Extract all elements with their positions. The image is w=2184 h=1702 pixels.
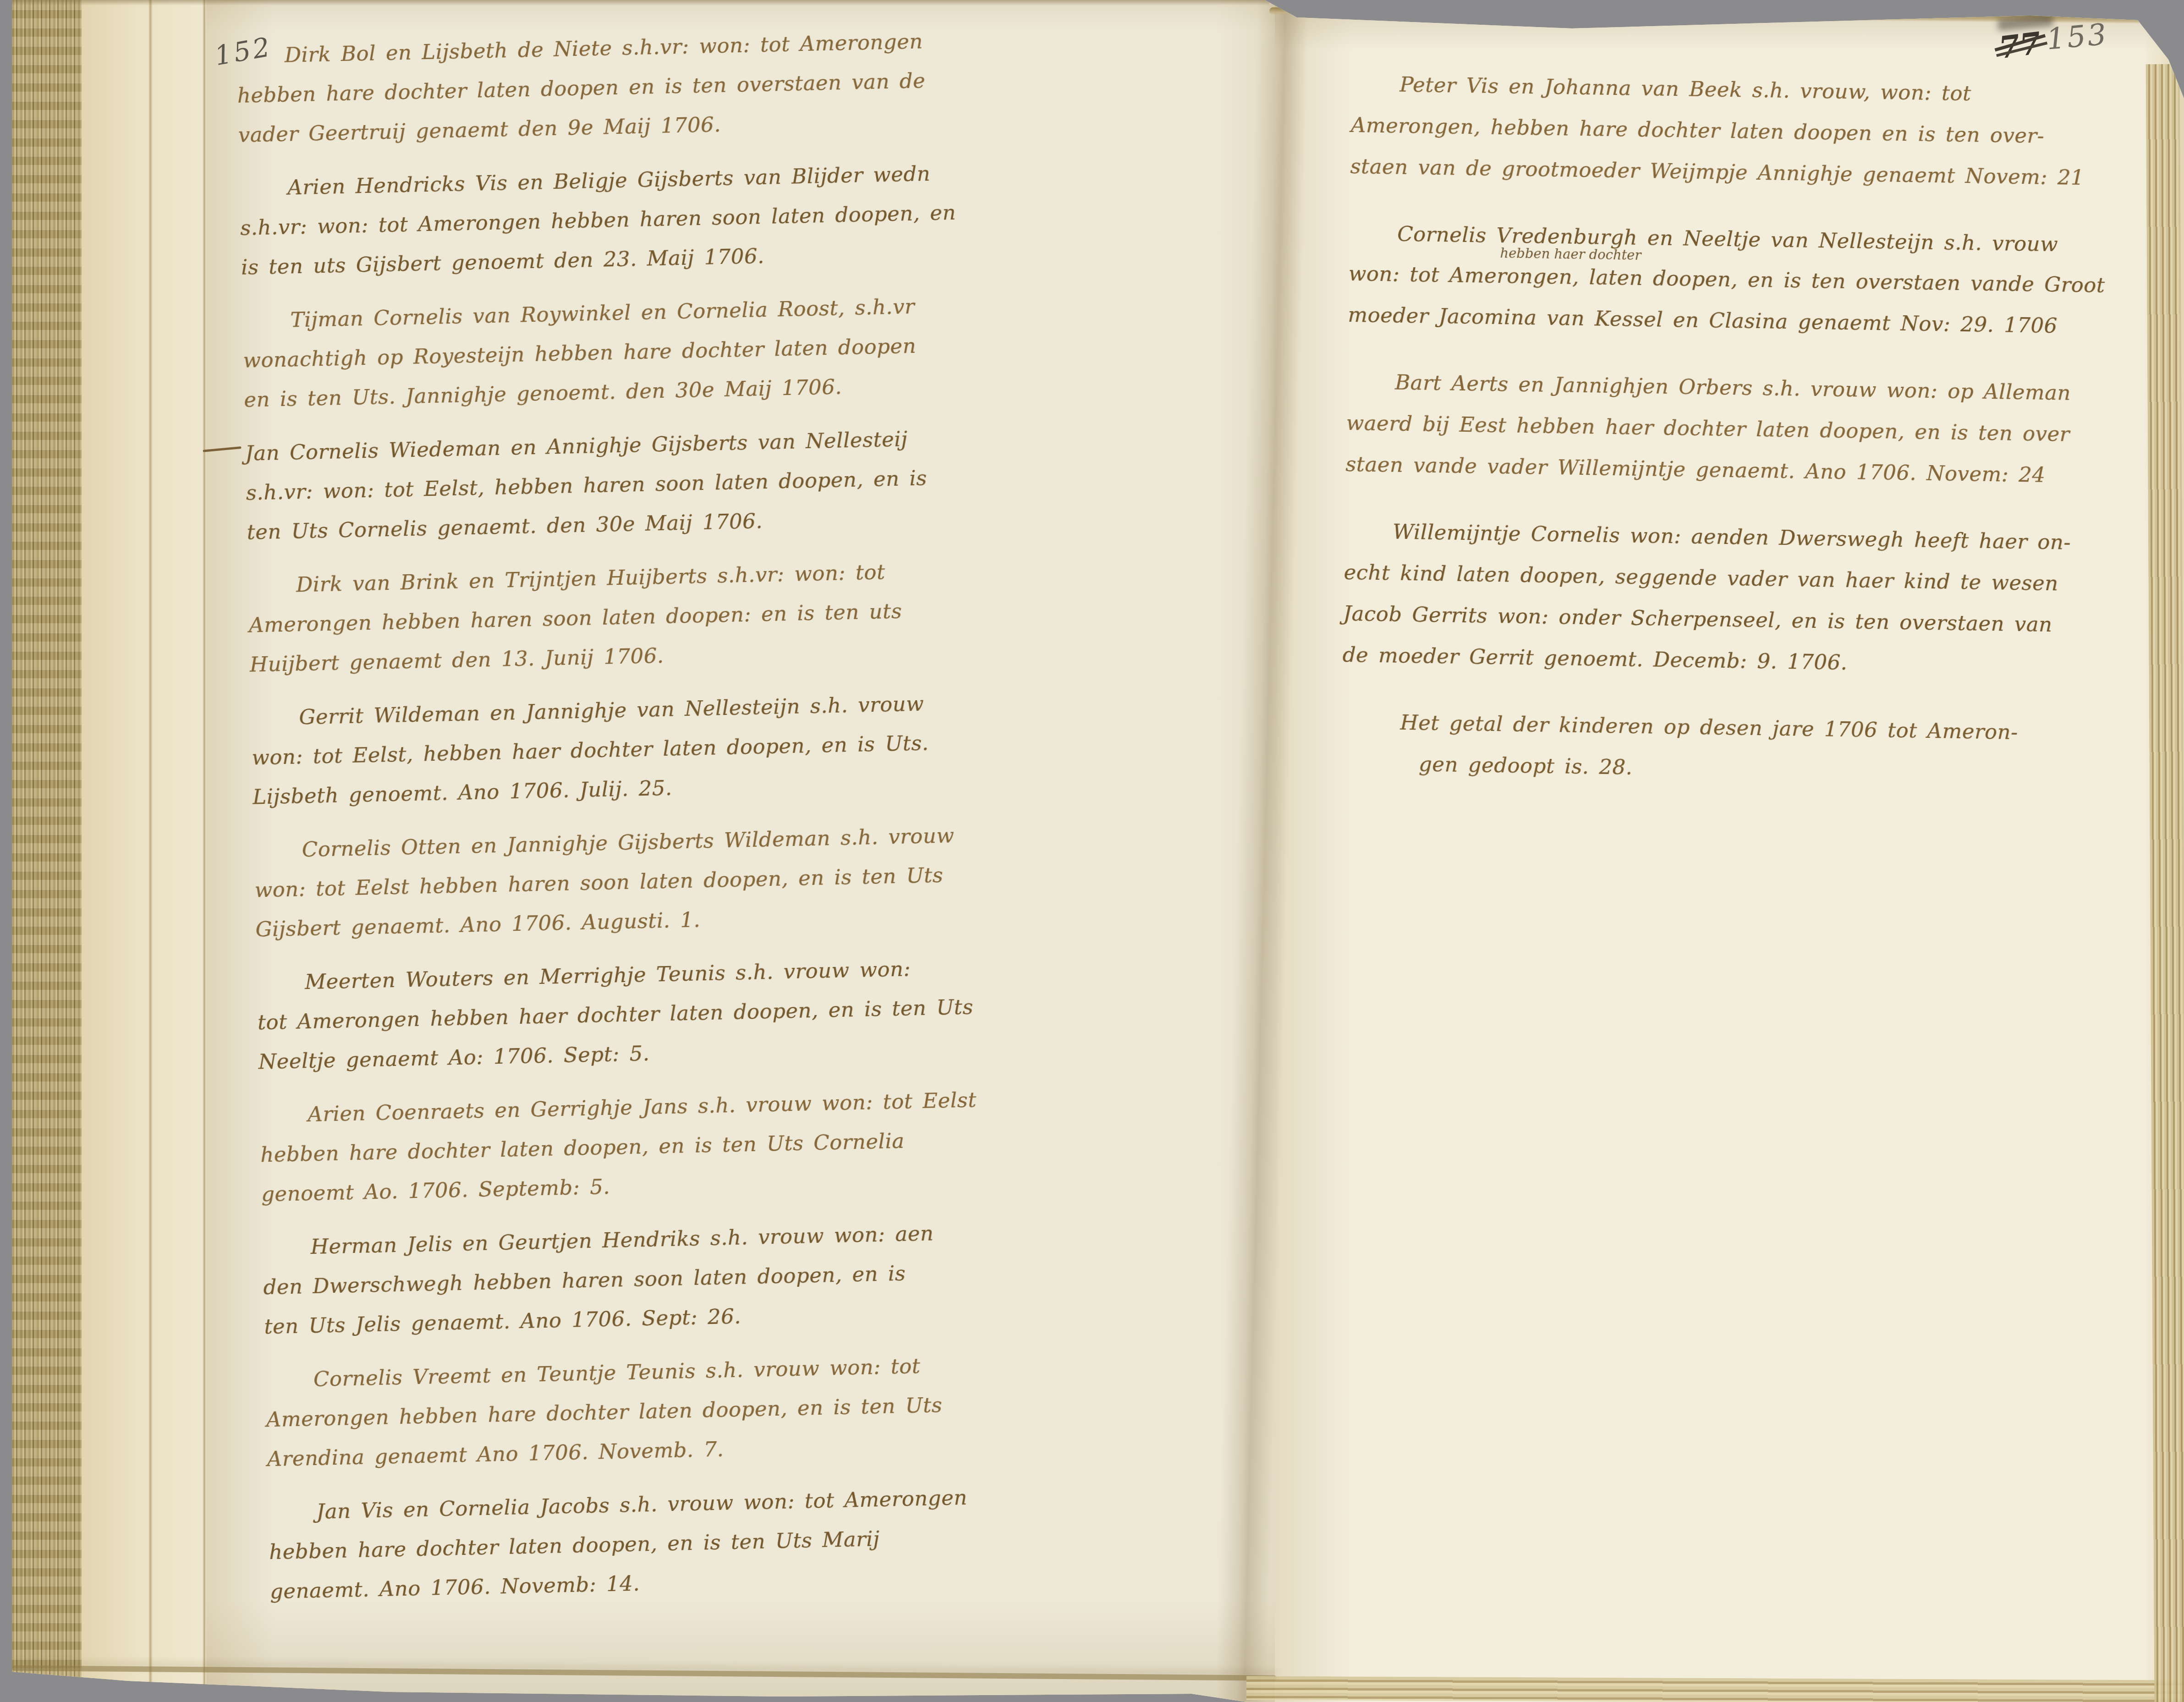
baptism-entry: Tijman Cornelis van Roywinkel en Corneli… xyxy=(242,282,1154,420)
open-register-book: 152 77 153 Dirk Bol en Lijsbeth de Niete… xyxy=(0,0,2184,1702)
baptism-entry: Meerten Wouters en Merrighje Teunis s.h.… xyxy=(256,944,1168,1082)
baptism-entry: Herman Jelis en Geurtjen Hendriks s.h. v… xyxy=(262,1208,1174,1346)
left-page-entries: Dirk Bol en Lijsbeth de Niete s.h.vr: wo… xyxy=(236,17,1180,1625)
right-page-content: Peter Vis en Johanna van Beek s.h. vrouw… xyxy=(1340,63,2181,796)
baptism-entry: Peter Vis en Johanna van Beek s.h. vrouw… xyxy=(1350,63,2181,200)
baptism-entry: Arien Hendricks Vis en Beligje Gijsberts… xyxy=(239,149,1151,287)
baptism-entry: Bart Aerts en Jannighjen Orbers s.h. vro… xyxy=(1345,361,2177,498)
annual-total-note: Het getal der kinderen op desen jare 170… xyxy=(1399,702,2171,796)
baptism-entry: Dirk Bol en Lijsbeth de Niete s.h.vr: wo… xyxy=(236,17,1148,155)
baptism-entry: Dirk van Brink en Trijntjen Huijberts s.… xyxy=(247,546,1159,684)
old-page-number-crossed-out: 77 xyxy=(1997,25,2043,66)
baptism-entry: Cornelis Vreemt en Teuntje Teunis s.h. v… xyxy=(265,1341,1177,1479)
baptism-entry: Jan Vis en Cornelia Jacobs s.h. vrouw wo… xyxy=(268,1473,1180,1611)
photo-background: 152 77 153 Dirk Bol en Lijsbeth de Niete… xyxy=(0,0,2184,1702)
left-page-edge-stack xyxy=(12,0,82,1702)
baptism-entry: Cornelis Vredenburgh en Neeltje van Nell… xyxy=(1348,213,2179,348)
baptism-entry: Cornelis Otten en Jannighje Gijsberts Wi… xyxy=(253,811,1165,949)
bottom-right-page-edge-stack xyxy=(1246,1676,2184,1702)
baptism-entry: Gerrit Wildeman en Jannighje van Nellest… xyxy=(251,679,1163,817)
top-page-edge-left xyxy=(12,0,1269,5)
baptism-entry: Jan Cornelis Wiedeman en Annighje Gijsbe… xyxy=(245,414,1157,552)
baptism-entry: Willemijntje Cornelis won: aenden Dwersw… xyxy=(1342,511,2174,688)
flyleaf-edge xyxy=(82,0,206,1702)
page-number-right: 153 xyxy=(2045,17,2109,56)
right-page-entries: Peter Vis en Johanna van Beek s.h. vrouw… xyxy=(1342,63,2181,688)
baptism-entry: Arien Coenraets en Gerrighje Jans s.h. v… xyxy=(259,1076,1171,1214)
